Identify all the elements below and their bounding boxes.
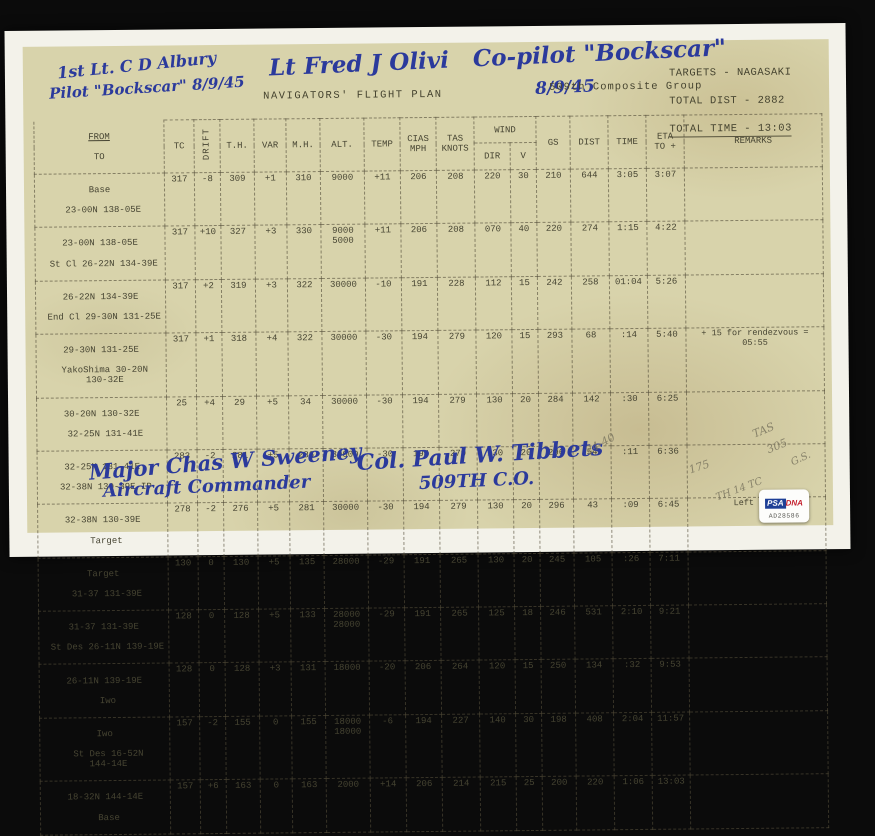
cell-temp: +11 [365, 224, 402, 278]
cell-drift: +10 [195, 226, 222, 280]
cell-cias: 194 [402, 394, 439, 448]
cell-tc: 317 [164, 173, 195, 227]
col-header-remarks: REMARKS [684, 114, 823, 168]
cell-cias: 191 [404, 554, 441, 600]
cell-from-to: 23-00N 138-05E St Cl 26-22N 134-39E [35, 226, 166, 281]
cell-var: +5 [258, 502, 291, 556]
col-header-drift: DRIFT [194, 119, 221, 172]
cell-to: 31-37 131-39E [41, 588, 166, 599]
cell-th: 309 [220, 172, 255, 226]
cell-eta: 6:25 [649, 392, 688, 446]
cell-wind-dir: 130 [478, 500, 515, 554]
cell-from: Target [41, 568, 166, 579]
cell-to: Target [40, 535, 165, 546]
cell-temp: -30 [368, 501, 405, 555]
document-title: NAVIGATORS' FLIGHT PLAN [263, 89, 443, 103]
cell-eta: 5:40 [648, 328, 687, 392]
cell-from-to: Base 23-00N 138-05E [34, 173, 165, 228]
col-header-cias: CIAS MPH [400, 117, 437, 170]
cell-drift: +2 [195, 279, 222, 333]
cell-gs: 293 [538, 329, 573, 393]
table-row: 30-20N 130-32E 32-25N 131-41E 25 +4 29 +… [37, 390, 825, 451]
cell-to: 23-00N 138-05E [37, 205, 162, 216]
table-row: 23-00N 138-05E St Cl 26-22N 134-39E 317 … [35, 220, 823, 281]
cell-drift: 0 [198, 556, 225, 600]
cell-tc: 278 [168, 503, 199, 557]
cell-alt: 30000 [324, 501, 369, 555]
col-header-gs: GS [536, 116, 571, 169]
cell-var: +4 [256, 332, 289, 396]
cell-remarks [685, 220, 824, 275]
cell-time: 01:04 [609, 275, 648, 329]
cell-to: End Cl 29-30N 131-25E [38, 311, 163, 322]
cell-eta: 7:11 [650, 552, 689, 600]
cell-drift: +4 [197, 396, 224, 450]
cell-wind-dir: 070 [475, 223, 512, 277]
cell-from: 26-22N 134-39E [38, 291, 163, 302]
cell-tas: 279 [438, 394, 477, 448]
psa-dna-sticker: PSADNA AD28586 [759, 489, 809, 522]
col-header-alt: ALT. [320, 118, 365, 171]
cell-dist: 644 [570, 169, 609, 223]
cell-eta: 5:26 [647, 275, 686, 329]
cell-temp: -29 [368, 554, 405, 600]
col-header-mh: M.H. [286, 119, 321, 172]
cell-dist: 274 [571, 222, 610, 276]
cell-var: +3 [255, 225, 288, 279]
cell-gs: 220 [537, 222, 572, 276]
cell-wind-v: 30 [510, 169, 537, 223]
cell-time: :14 [610, 328, 649, 392]
col-header-dist: DIST [570, 116, 609, 169]
cell-from-to: 32-38N 130-39E Target [38, 503, 169, 558]
col-header-wind-dir: DIR [474, 143, 510, 170]
cell-th: 327 [221, 225, 256, 279]
cell-remarks [685, 273, 824, 328]
col-header-time: TIME [608, 115, 647, 168]
cell-drift: -2 [198, 503, 225, 557]
flight-plan-table: FROM TO TC DRIFT T.H. VAR M.H. ALT. TEMP… [33, 113, 829, 600]
cell-alt: 9000 [320, 171, 365, 225]
table-row: 26-22N 134-39E End Cl 29-30N 131-25E 317… [35, 273, 823, 334]
cell-wind-dir: 220 [474, 170, 511, 224]
cell-mh: 330 [287, 225, 322, 279]
cell-wind-v: 40 [511, 223, 538, 277]
cell-wind-dir: 120 [476, 330, 513, 394]
cell-from: 32-38N 130-39E [40, 515, 165, 526]
cell-from-to: 26-22N 134-39E End Cl 29-30N 131-25E [35, 280, 166, 335]
cell-alt: 9000 5000 [321, 224, 366, 278]
cell-tas: 279 [438, 330, 477, 394]
cell-mh: 310 [286, 171, 321, 225]
cell-wind-dir: 112 [475, 276, 512, 330]
cell-alt: 30000 [322, 331, 367, 395]
col-header-wind: WIND [474, 116, 536, 143]
total-dist-line: TOTAL DIST - 2882 [669, 93, 792, 108]
flight-table-body: Base 23-00N 138-05E 317 -8 309 +1 310 90… [34, 167, 828, 600]
cell-tas: 279 [440, 500, 479, 554]
cell-to: St Cl 26-22N 134-39E [38, 258, 163, 269]
cell-mh: 322 [288, 332, 323, 396]
cell-to: YakoShima 30-20N 130-32E [39, 365, 164, 386]
cell-drift: -8 [194, 172, 221, 226]
cell-time: :11 [611, 445, 650, 499]
cell-eta: 6:45 [650, 498, 689, 552]
cell-time: :09 [612, 499, 651, 553]
table-row: Target 31-37 131-39E 130 0 130 +5 135 28… [38, 550, 826, 600]
cell-alt: 30000 [321, 278, 366, 332]
cell-mh: 281 [290, 502, 325, 556]
col-header-tas: TAS KNOTS [436, 117, 475, 170]
cell-wind-v: 20 [514, 500, 541, 554]
cell-temp: -30 [366, 331, 403, 395]
cell-eta: 3:07 [646, 168, 685, 222]
cell-cias: 191 [401, 277, 438, 331]
cell-gs: 210 [536, 169, 571, 223]
cell-var: +5 [257, 395, 290, 449]
cell-temp: +11 [364, 171, 401, 225]
col-header-eta: ETA TO + [646, 115, 685, 168]
cell-th: 130 [224, 556, 259, 600]
cell-dist: 68 [572, 329, 611, 393]
cell-time: 1:15 [609, 222, 648, 276]
cell-time: :26 [612, 552, 651, 600]
cell-drift: +1 [196, 333, 223, 397]
cell-var: +5 [258, 556, 291, 600]
cell-time: :30 [611, 392, 650, 446]
cell-th: 319 [221, 279, 256, 333]
cell-var: +1 [254, 172, 287, 226]
dna-logo: DNA [786, 498, 803, 508]
cell-mh: 322 [287, 278, 322, 332]
cell-cias: 194 [404, 501, 441, 555]
col-header-wind-v: V [510, 143, 536, 170]
cell-cias: 206 [400, 170, 437, 224]
cell-dist: 105 [574, 552, 613, 600]
cell-eta: 4:22 [647, 221, 686, 275]
table-row: 29-30N 131-25E YakoShima 30-20N 130-32E … [36, 327, 825, 398]
cell-gs: 296 [540, 499, 575, 553]
cell-tas: 228 [437, 277, 476, 331]
cell-from: 29-30N 131-25E [39, 345, 164, 356]
cell-tc: 317 [166, 333, 197, 397]
col-header-from-to: FROM TO [34, 120, 165, 174]
table-row: Base 23-00N 138-05E 317 -8 309 +1 310 90… [34, 167, 822, 228]
cell-eta: 6:36 [649, 445, 688, 499]
cell-gs: 245 [540, 553, 575, 600]
cell-th: 318 [222, 332, 257, 396]
cell-from-to: Target 31-37 131-39E [38, 557, 169, 600]
cell-mh: 135 [290, 555, 325, 600]
cell-temp: -10 [365, 277, 402, 331]
cell-remarks [684, 167, 823, 222]
cell-time: 3:05 [608, 168, 647, 222]
cell-th: 29 [223, 396, 258, 450]
col-header-th: T.H. [220, 119, 255, 172]
col-header-to: TO [37, 151, 162, 162]
cell-cias: 206 [401, 224, 438, 278]
flight-plan-document: 1st Lt. C D Albury Pilot "Bockscar" 8/9/… [23, 39, 834, 533]
cell-tas: 208 [436, 170, 475, 224]
col-header-drift-label: DRIFT [202, 128, 212, 160]
cell-from-to: 29-30N 131-25E YakoShima 30-20N 130-32E [36, 333, 167, 398]
cell-remarks [688, 550, 827, 600]
cell-wind-dir: 130 [476, 393, 513, 447]
photo-print: 1st Lt. C D Albury Pilot "Bockscar" 8/9/… [4, 23, 850, 557]
cell-remarks: + 15 for rendezvous = 05:55 [686, 327, 825, 392]
targets-line: TARGETS - NAGASAKI [669, 65, 792, 80]
cell-tc: 317 [165, 279, 196, 333]
col-header-tc: TC [164, 120, 195, 173]
cell-wind-v: 20 [514, 553, 541, 600]
cell-wind-v: 15 [512, 330, 539, 394]
cell-wind-dir: 130 [478, 553, 515, 600]
cell-th: 276 [224, 502, 259, 556]
cell-tc: 130 [168, 556, 199, 600]
cell-gs: 242 [537, 276, 572, 330]
cert-number: AD28586 [759, 512, 809, 519]
cell-to: 32-25N 131-41E [39, 428, 164, 439]
cell-from: 23-00N 138-05E [37, 238, 162, 249]
cell-from: Base [37, 185, 162, 196]
cell-alt: 28000 [324, 555, 369, 600]
psa-logo: PSA [765, 499, 786, 509]
cell-tas: 208 [437, 223, 476, 277]
col-header-var: VAR [254, 119, 287, 172]
col-header-from: FROM [36, 131, 161, 142]
cell-dist: 43 [574, 499, 613, 553]
cell-wind-v: 15 [511, 276, 538, 330]
col-header-temp: TEMP [364, 118, 401, 171]
cell-tas: 265 [440, 554, 479, 600]
cell-temp: -30 [367, 394, 404, 448]
cell-cias: 194 [402, 330, 439, 394]
cell-dist: 258 [571, 275, 610, 329]
cell-from: 30-20N 130-32E [39, 408, 164, 419]
signature-olivi: Lt Fred J Olivi Co-pilot "Bockscar" [268, 34, 726, 81]
table-row: 32-38N 130-39E Target 278 -2 276 +5 281 … [38, 497, 826, 558]
cell-var: +3 [255, 279, 288, 333]
cell-from-to: 30-20N 130-32E 32-25N 131-41E [37, 397, 168, 452]
cell-tc: 317 [165, 226, 196, 280]
cell-tc: 25 [167, 396, 198, 450]
